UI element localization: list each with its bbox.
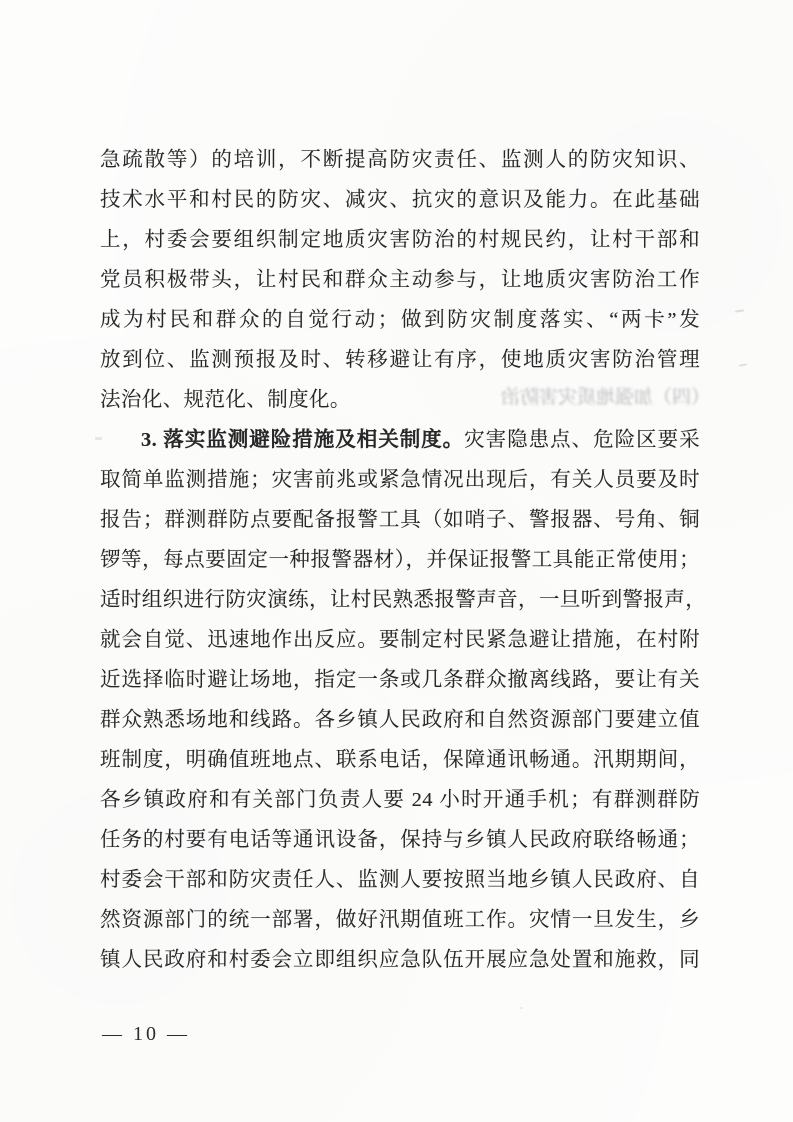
document-body: 急疏散等）的培训，不断提高防灾责任、监测人的防灾知识、 技术水平和村民的防灾、减… [100,140,700,980]
scan-speck [739,363,747,366]
text-line: 技术水平和村民的防灾、减灾、抗灾的意识及能力。在此基础 [100,180,700,220]
text-line: 成为村民和群众的自觉行动；做到防灾制度落实、“两卡”发 [100,300,700,340]
scan-speck [735,309,744,312]
text-line: 适时组织进行防灾演练，让村民熟悉报警声音，一旦听到警报声， [100,580,700,620]
text-line: 镇人民政府和村委会立即组织应急队伍开展应急处置和施救，同 [100,940,700,980]
text-line: 班制度，明确值班地点、联系电话，保障通讯畅通。汛期期间， [100,740,700,780]
item-heading: 3. 落实监测避险措施及相关制度。 [141,429,464,451]
text-line: 法治化、规范化、制度化。 [100,380,700,420]
text-line: 近选择临时避让场地，指定一条或几条群众撤离线路，要让有关 [100,660,700,700]
text-line: 锣等，每点要固定一种报警器材），并保证报警工具能正常使用； [100,540,700,580]
page-number: — 10 — [102,1022,190,1046]
text-line: 取简单监测措施；灾害前兆或紧急情况出现后，有关人员要及时 [100,460,700,500]
text-line: 放到位、监测预报及时、转移避让有序，使地质灾害防治管理 [100,340,700,380]
item-heading-rest: 灾害隐患点、危险区要采 [464,429,700,451]
text-line: 村委会干部和防灾责任人、监测人要按照当地乡镇人民政府、自 [100,860,700,900]
text-line: 上，村委会要组织制定地质灾害防治的村规民约，让村干部和 [100,220,700,260]
scan-speck [520,1007,523,1009]
text-line: 急疏散等）的培训，不断提高防灾责任、监测人的防灾知识、 [100,140,700,180]
text-line: 然资源部门的统一部署，做好汛期值班工作。灾情一旦发生，乡 [100,900,700,940]
text-line: 党员积极带头，让村民和群众主动参与，让地质灾害防治工作 [100,260,700,300]
text-line: 就会自觉、迅速地作出反应。要制定村民紧急避让措施，在村附 [100,620,700,660]
scanned-document-page: 急疏散等）的培训，不断提高防灾责任、监测人的防灾知识、 技术水平和村民的防灾、减… [0,0,793,1122]
text-line: 报告；群测群防点要配备报警工具（如哨子、警报器、号角、铜 [100,500,700,540]
text-line: 群众熟悉场地和线路。各乡镇人民政府和自然资源部门要建立值 [100,700,700,740]
text-line: 任务的村要有电话等通讯设备，保持与乡镇人民政府联络畅通； [100,820,700,860]
text-line: 各乡镇政府和有关部门负责人要 24 小时开通手机；有群测群防 [100,780,700,820]
text-line-paragraph-start: 3. 落实监测避险措施及相关制度。灾害隐患点、危险区要采 [100,420,700,460]
